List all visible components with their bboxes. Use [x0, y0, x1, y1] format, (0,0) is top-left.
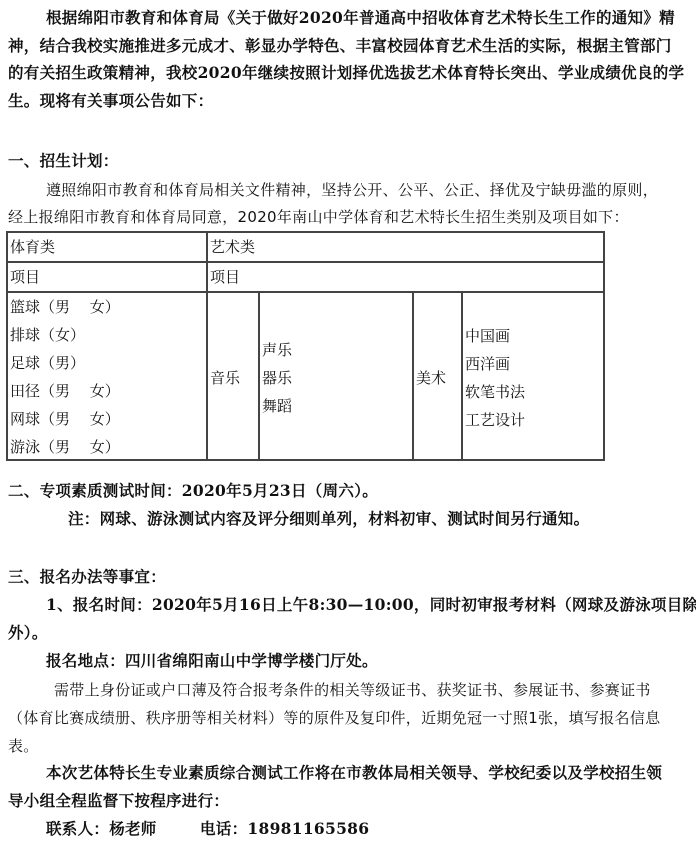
section-1-para-line-1: 遵照绵阳市教育和体育局相关文件精神，坚持公开、公平、公正、择优及宁缺毋滥的原则，	[46, 180, 658, 200]
fine-arts-label: 美术	[416, 364, 446, 392]
sports-item: 游泳（男 女）	[10, 433, 120, 461]
fine-arts-item: 中国画	[465, 322, 510, 350]
music-label: 音乐	[210, 364, 240, 392]
fine-arts-item: 西洋画	[465, 350, 510, 378]
materials-line-3: 表。	[8, 736, 39, 756]
table-col-divider	[258, 291, 260, 459]
section-1-para-line-2: 经上报绵阳市教育和体育局同意，2020年南山中学体育和艺术特长生招生类别及项目如…	[8, 207, 629, 227]
registration-location: 报名地点：四川省绵阳南山中学博学楼门厅处。	[46, 651, 378, 671]
arts-header: 艺术类	[210, 233, 255, 261]
intro-line-1: 根据绵阳市教育和体育局《关于做好2020年普通高中招收体育艺术特长生工作的通知》…	[46, 8, 675, 28]
intro-line-4: 生。现将有关事项公告如下：	[8, 91, 213, 111]
materials-line-1: 需带上身份证或户口薄及符合报考条件的相关等级证书、获奖证书、参展证书、参赛证书	[54, 680, 651, 700]
fine-arts-item: 工艺设计	[465, 406, 525, 434]
sports-item: 足球（男）	[10, 349, 85, 377]
sports-header: 体育类	[10, 233, 55, 261]
sports-item-label: 项目	[10, 263, 40, 291]
fine-arts-item: 软笔书法	[465, 378, 525, 406]
section-1-heading: 一、招生计划：	[8, 151, 119, 171]
sports-item: 篮球（男 女）	[10, 293, 120, 321]
table-col-divider	[206, 233, 208, 459]
sports-item: 网球（男 女）	[10, 405, 120, 433]
supervision-line-2: 导小组全程监督下按程序进行：	[8, 791, 229, 811]
intro-line-2: 神，结合我校实施推进多元成才、彰显办学特色、丰富校园体育艺术生活的实际，根据主管…	[8, 36, 672, 56]
section-3-heading: 三、报名办法等事宜：	[8, 567, 166, 587]
table-col-divider	[412, 291, 414, 459]
arts-item-label: 项目	[210, 263, 240, 291]
table-col-divider	[461, 291, 463, 459]
music-item: 声乐	[262, 336, 292, 364]
section-2-note: 注：网球、游泳测试内容及评分细则单列，材料初审、测试时间另行通知。	[68, 509, 589, 529]
table-row-divider	[8, 261, 603, 263]
contact-person: 联系人：杨老师	[46, 819, 157, 839]
supervision-line-1: 本次艺体特长生专业素质综合测试工作将在市教体局相关领导、学校纪委以及学校招生领	[46, 763, 662, 783]
sports-item: 排球（女）	[10, 321, 85, 349]
registration-time-line-1: 1、报名时间：2020年5月16日上午8:30—10:00，同时初审报考材料（网…	[46, 595, 696, 615]
enrollment-table: 体育类 艺术类 项目 项目 篮球（男 女） 排球（女） 足球（男） 田径（男 女…	[6, 231, 605, 461]
section-2-heading: 二、专项素质测试时间：2020年5月23日（周六）。	[8, 481, 378, 501]
contact-phone: 电话：18981165586	[200, 819, 369, 839]
music-item: 舞蹈	[262, 392, 292, 420]
materials-line-2: （体育比赛成绩册、秩序册等相关材料）等的原件及复印件，近期免冠一寸照1张，填写报…	[8, 708, 660, 728]
music-item: 器乐	[262, 364, 292, 392]
intro-line-3: 的有关招生政策精神，我校2020年继续按照计划择优选拔艺术体育特长突出、学业成绩…	[8, 63, 684, 83]
sports-item: 田径（男 女）	[10, 377, 120, 405]
registration-time-line-2: 外）。	[8, 623, 48, 643]
